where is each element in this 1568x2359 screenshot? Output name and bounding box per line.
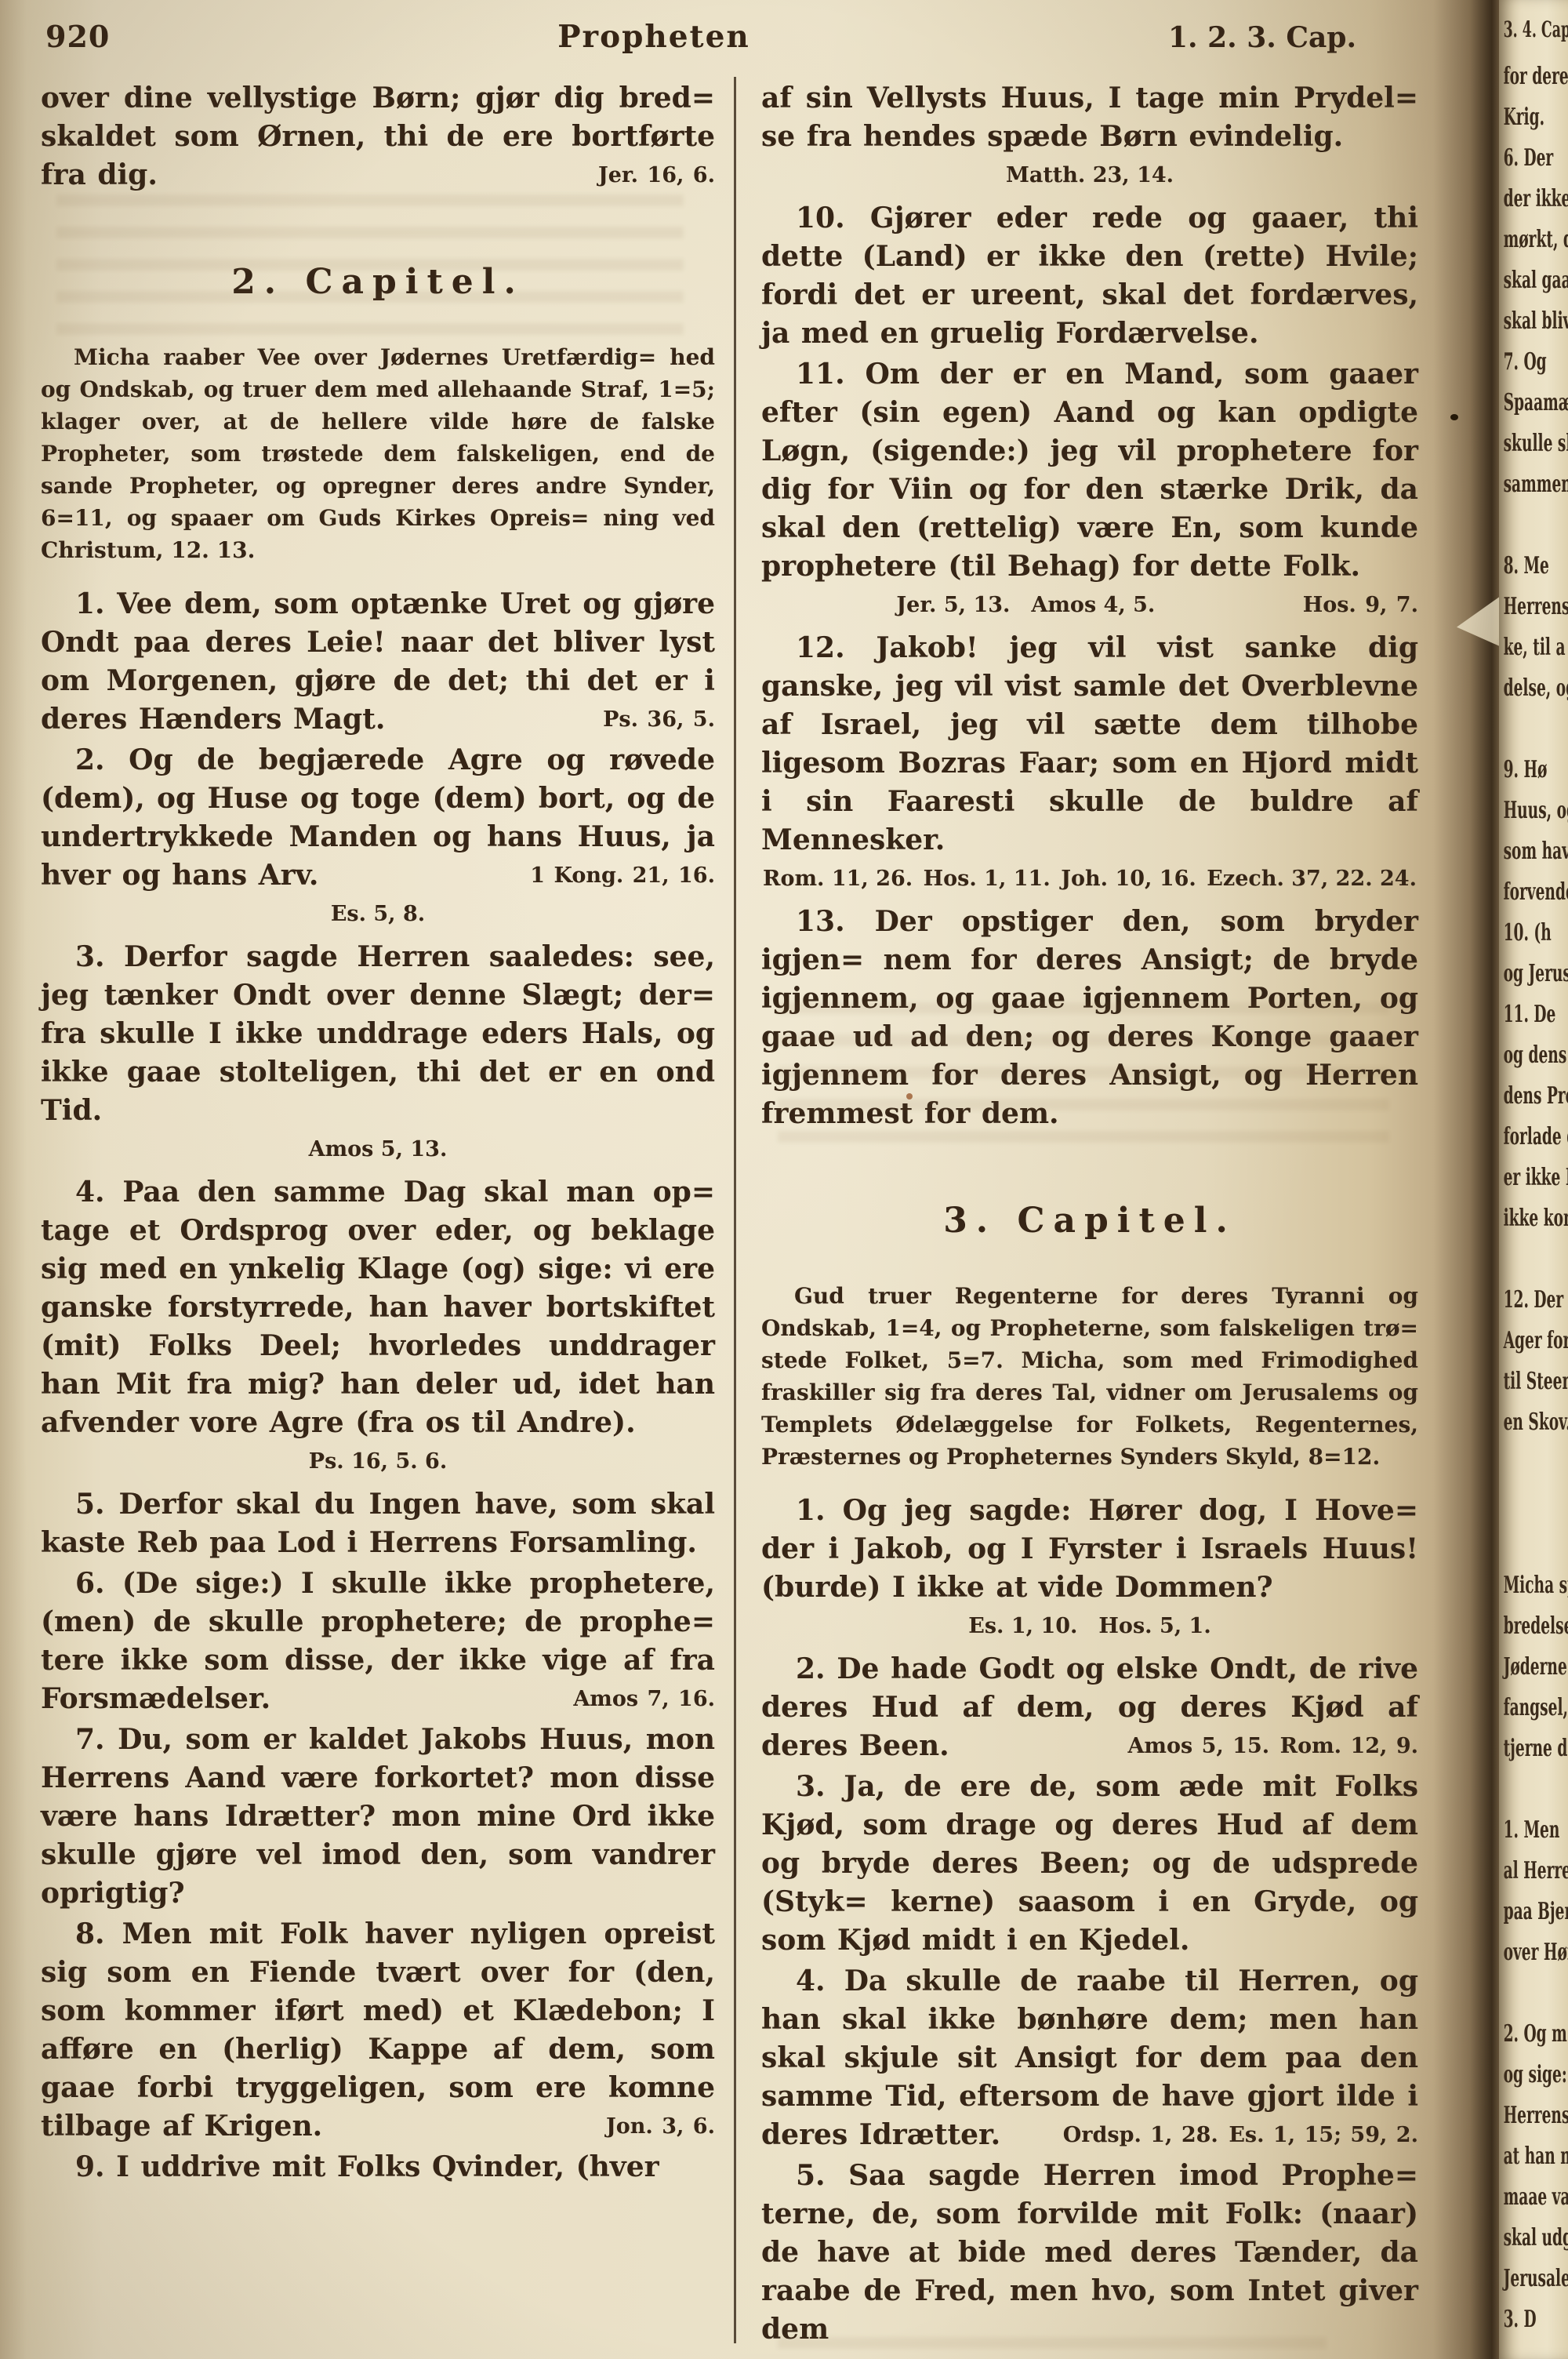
reference-line: Es. 5, 8. [41, 897, 715, 932]
next-page-text-fragment: tjerne dem [1499, 1728, 1542, 1769]
verse-reference: Amos 5, 15. Rom. 12, 9. [1127, 1727, 1418, 1765]
verse-reference: Ps. 36, 5. [603, 700, 715, 739]
verse-paragraph: 4. Paa den samme Dag skal man op= tage e… [41, 1173, 715, 1442]
next-page-text-fragment: delse, og [1499, 668, 1542, 709]
next-page-text-fragment: forlade de [1499, 1117, 1542, 1158]
verse-reference: Hos. 9, 7. [1303, 586, 1418, 624]
next-page-blank-line [1499, 1239, 1542, 1280]
next-page-text-fragment: fangsel, efter [1499, 1688, 1542, 1728]
paragraph-continuation: over dine vellystige Børn; gjør dig bred… [41, 79, 715, 194]
next-page-text-fragment: skal blive [1499, 301, 1542, 342]
verse-paragraph: 7. Du, som er kaldet Jakobs Huus, mon He… [41, 1721, 715, 1913]
paper-speck [906, 1093, 913, 1100]
verse-reference: Ordsp. 1, 28. Es. 1, 15; 59, 2. [1063, 2116, 1418, 2154]
next-page-text-fragment: 11. De [1499, 994, 1542, 1035]
text-columns: over dine vellystige Børn; gjør dig bred… [0, 67, 1505, 2343]
page-number: 920 [45, 19, 179, 54]
verse-paragraph: 2. Og de begjærede Agre og røvede (dem),… [41, 741, 715, 895]
header-chapter-range: 1. 2. 3. Cap. [1129, 21, 1356, 54]
next-page-text-fragment: bredelse og ly [1499, 1606, 1542, 1647]
ink-bleedthrough [778, 2337, 1327, 2359]
next-page-text-fragment: 6. Der [1499, 138, 1542, 179]
next-page-blank-line [1499, 505, 1542, 546]
next-page-text-fragment: dens Pro [1499, 1076, 1542, 1117]
next-page-text-fragment: at han maa [1499, 2136, 1542, 2177]
book-page: 920 Propheten 1. 2. 3. Cap. over dine ve… [0, 0, 1505, 2359]
next-page-text-fragment: 2. Og m [1499, 2014, 1542, 2055]
verse-paragraph: 11. Om der er en Mand, som gaaer efter (… [761, 355, 1418, 586]
verse-reference: Jer. 16, 6. [598, 156, 715, 194]
next-page-text-fragment: 7. Og [1499, 342, 1542, 383]
next-page-text-fragment: Jerusalem. [1499, 2259, 1542, 2299]
next-page-text-fragment: 1. Men [1499, 1810, 1542, 1851]
verse-reference: 1 Kong. 21, 16. [530, 856, 715, 895]
next-page-text-fragment: Krig. [1499, 97, 1542, 138]
next-page-text-fragment: Ager for ed [1499, 1321, 1542, 1361]
verse-paragraph: 6. (De sige:) I skulle ikke prophetere, … [41, 1565, 715, 1718]
page-header: 920 Propheten 1. 2. 3. Cap. [0, 0, 1505, 67]
next-page-blank-line [1499, 1443, 1542, 1484]
next-page-text-fragment: sammen, [1499, 464, 1542, 505]
next-page-text-fragment: 9. Hø [1499, 750, 1542, 791]
next-page-text-fragment: en Skov. [1499, 1402, 1542, 1443]
verse-paragraph: 10. Gjører eder rede og gaaer, thi dette… [761, 199, 1418, 353]
next-page-text-fragment: 8. Me [1499, 546, 1542, 587]
reference-line: Matth. 23, 14. [761, 158, 1418, 193]
next-page-edge: 3. 4. Cap for deresKrig.6. Derder ikkemø… [1499, 0, 1568, 2359]
verse-paragraph: 12. Jakob! jeg vil vist sanke dig ganske… [761, 629, 1418, 860]
next-page-text-fragment: Herrens Bje [1499, 2095, 1542, 2136]
next-page-text-fragment: til Steenho [1499, 1361, 1542, 1402]
verse-paragraph: 3. Ja, de ere de, som æde mit Folks Kjød… [761, 1768, 1418, 1960]
left-column: over dine vellystige Børn; gjør dig bred… [41, 77, 734, 2343]
ink-bleedthrough [778, 1002, 1389, 1163]
reference-line: Es. 1, 10. Hos. 5, 1. [761, 1609, 1418, 1644]
next-page-text-fragment: maae vandre [1499, 2177, 1542, 2218]
next-page-text-fragment: skulle skju [1499, 423, 1542, 464]
chapter-summary: Micha raaber Vee over Jødernes Uretfærdi… [41, 341, 715, 566]
next-page-text-fragment: over Høiene, [1499, 1932, 1542, 1973]
verse-paragraph: 9. I uddrive mit Folks Qvinder, (hver [41, 2148, 715, 2186]
next-page-blank-line [1499, 1769, 1542, 1810]
ink-bleedthrough [56, 194, 684, 342]
next-page-text-fragment: 10. (h [1499, 913, 1542, 954]
verse-paragraph: 5. Derfor skal du Ingen have, som skal k… [41, 1485, 715, 1562]
verse-paragraph: 5. Saa sagde Herren imod Prophe= terne, … [761, 2157, 1418, 2343]
next-page-text-fragment: skal gaae [1499, 260, 1542, 301]
next-page-text-fragment: ikke komme [1499, 1198, 1542, 1239]
next-page-text-fragment: som hav [1499, 831, 1542, 872]
verse-paragraph: 8. Men mit Folk haver nyligen opreist si… [41, 1915, 715, 2146]
verse-paragraph: 2. De hade Godt og elske Ondt, de rive d… [761, 1650, 1418, 1765]
next-page-blank-line [1499, 1484, 1542, 1525]
next-page-text-fragment: Huus, og [1499, 791, 1542, 831]
right-column: af sin Vellysts Huus, I tage min Prydel=… [734, 77, 1418, 2343]
next-page-blank-line [1499, 1525, 1542, 1565]
scanned-book-page: 920 Propheten 1. 2. 3. Cap. over dine ve… [0, 0, 1568, 2359]
next-page-text-fragment: al Herrens [1499, 1851, 1542, 1892]
next-page-text-fragment: er ikke Herr [1499, 1158, 1542, 1198]
next-page-text-fragment: og dens [1499, 1035, 1542, 1076]
next-page-text-fragment: der ikke [1499, 179, 1542, 220]
verse-paragraph: 3. Derfor sagde Herren saaledes: see, je… [41, 938, 715, 1130]
paragraph-continuation: af sin Vellysts Huus, I tage min Prydel=… [761, 79, 1418, 156]
verse-reference: Amos 7, 16. [573, 1680, 715, 1718]
verse-paragraph: 1. Og jeg sagde: Hører dog, I Hove= der … [761, 1492, 1418, 1607]
next-page-text-fragment: Spaamæn [1499, 383, 1542, 423]
next-page-header: 3. 4. Cap [1499, 11, 1542, 49]
next-page-text-fragment: forvende [1499, 872, 1542, 913]
next-page-text-fragment: Herrens [1499, 587, 1542, 627]
reference-line: Ps. 16, 5. 6. [41, 1445, 715, 1479]
next-page-text-fragment: 3. D [1499, 2299, 1542, 2340]
next-page-text-fragment: ke, til a [1499, 627, 1542, 668]
verse-paragraph: 1. Vee dem, som optænke Uret og gjøre On… [41, 585, 715, 739]
verse-reference: Jon. 3, 6. [606, 2107, 715, 2146]
verse-paragraph: 4. Da skulle de raabe til Herren, og han… [761, 1962, 1418, 2154]
next-page-blank-line [1499, 1973, 1542, 2014]
header-title: Propheten [179, 19, 1129, 55]
next-page-text-fragment: mørkt, da [1499, 220, 1542, 260]
paper-speck [1450, 414, 1458, 420]
next-page-text-fragment: for deres [1499, 56, 1542, 97]
next-page-text-fragment: og Jerusal [1499, 954, 1542, 994]
next-page-text-fragment: paa Bjergen [1499, 1892, 1542, 1932]
next-page-text-fragment: 12. Der [1499, 1280, 1542, 1321]
next-page-text-fragment: Jøderne til e [1499, 1647, 1542, 1688]
next-page-blank-line [1499, 709, 1542, 750]
chapter-summary: Gud truer Regenterne for deres Tyranni o… [761, 1280, 1418, 1473]
next-page-text-fragment: og sige: kom [1499, 2055, 1542, 2095]
reference-line: Amos 5, 13. [41, 1132, 715, 1167]
next-page-text-fragment: skal udgaae [1499, 2218, 1542, 2259]
chapter-heading: 3. Capitel. [761, 1201, 1418, 1241]
next-page-text-fragment: Micha spaa [1499, 1565, 1542, 1606]
reference-line: Rom. 11, 26. Hos. 1, 11. Joh. 10, 16. Ez… [761, 862, 1418, 896]
